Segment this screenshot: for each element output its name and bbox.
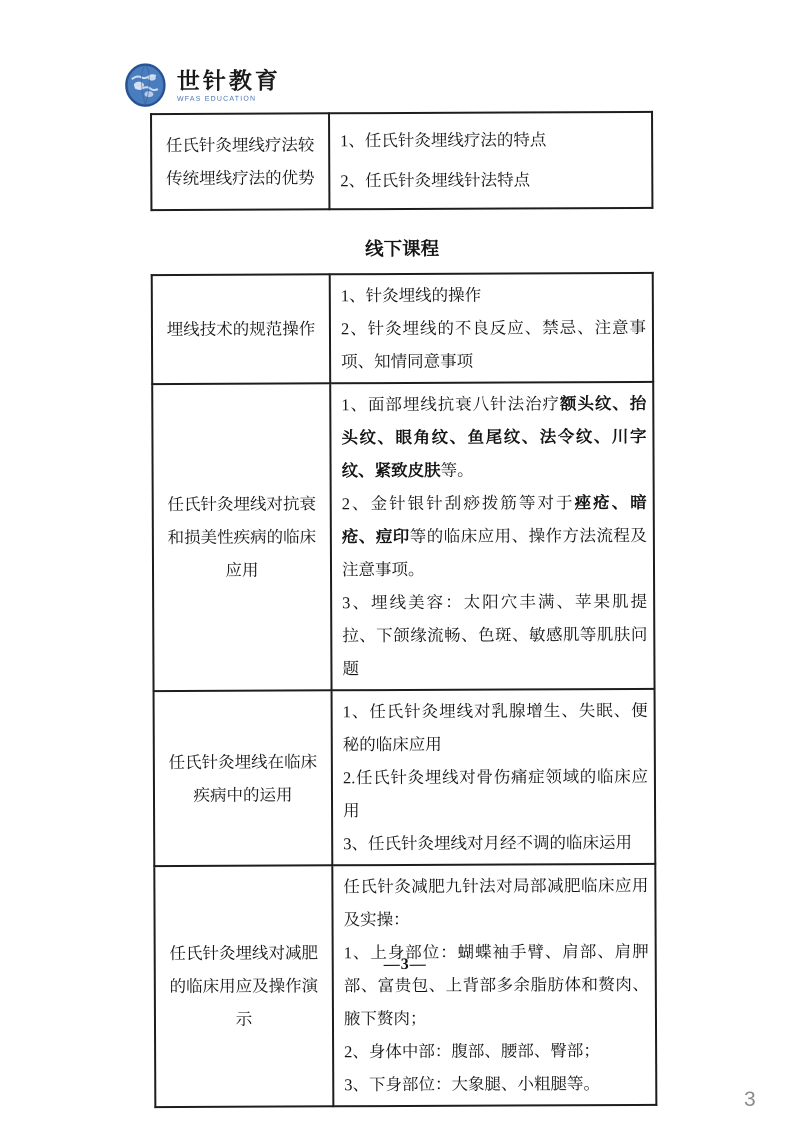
content-item: 2、身体中部：腹部、腰部、臀部； xyxy=(344,1034,649,1068)
text-run: 2、身体中部：腹部、腰部、臀部； xyxy=(344,1041,600,1061)
content-item: 3、任氏针灸埋线对月经不调的临床运用 xyxy=(343,826,648,860)
content-item: 2、针灸埋线的不良反应、禁忌、注意事项、知情同意事项 xyxy=(341,311,646,378)
advantages-table: 任氏针灸埋线疗法较传统埋线疗法的优势 1、任氏针灸埋线疗法的特点 2、任氏针灸埋… xyxy=(150,111,653,211)
content-cell: 1、任氏针灸埋线对乳腺增生、失眠、便秘的临床应用 2.任氏针灸埋线对骨伤痛症领域… xyxy=(332,689,656,865)
content-item: 2、金针银针刮痧拨筋等对于痤疮、暗疮、痘印等的临床应用、操作方法流程及注意事项。 xyxy=(342,486,647,586)
logo: 世针教育 WFAS EDUCATION xyxy=(125,63,281,108)
text-run: 1、面部埋线抗衰八针法治疗 xyxy=(341,394,560,414)
text-run: 3、下身部位：大象腿、小粗腿等。 xyxy=(344,1074,600,1094)
content-item: 2、任氏针灸埋线针法特点 xyxy=(340,160,645,201)
content-item: 3、埋线美容：太阳穴丰满、苹果肌提拉、下颌缘流畅、色斑、敏感肌等肌肤问题 xyxy=(342,585,647,685)
section-heading: 线下课程 xyxy=(151,234,654,262)
logo-text-cn: 世针教育 xyxy=(177,69,281,95)
document-page: 世针教育 WFAS EDUCATION 任氏针灸埋线疗法较传统埋线疗法的优势 1… xyxy=(0,0,800,1133)
text-run: 2、金针银针刮痧拨筋等对于 xyxy=(342,493,575,513)
content-item: 2.任氏针灸埋线对骨伤痛症领域的临床应用 xyxy=(343,760,648,827)
page-number: —3— xyxy=(154,955,657,975)
offline-course-table: 埋线技术的规范操作 1、针灸埋线的操作 2、针灸埋线的不良反应、禁忌、注意事项、… xyxy=(151,272,658,1108)
topic-cell: 任氏针灸埋线疗法较传统埋线疗法的优势 xyxy=(151,113,329,210)
content-cell: 1、面部埋线抗衰八针法治疗额头纹、抬头纹、眼角纹、鱼尾纹、法令纹、川字纹、紧致皮… xyxy=(330,382,654,690)
text-run: 2、针灸埋线的不良反应、禁忌、注意事项、知情同意事项 xyxy=(341,318,646,371)
logo-text-en: WFAS EDUCATION xyxy=(177,96,281,103)
table-row: 埋线技术的规范操作 1、针灸埋线的操作 2、针灸埋线的不良反应、禁忌、注意事项、… xyxy=(152,273,653,384)
table-row: 任氏针灸埋线对抗衰和损美性疾病的临床应用 1、面部埋线抗衰八针法治疗额头纹、抬头… xyxy=(152,382,654,691)
text-run: 1、任氏针灸埋线疗法的特点 xyxy=(340,130,546,150)
text-run: 3、任氏针灸埋线对月经不调的临床运用 xyxy=(343,833,632,853)
content-item: 1、面部埋线抗衰八针法治疗额头纹、抬头纹、眼角纹、鱼尾纹、法令纹、川字纹、紧致皮… xyxy=(341,387,646,487)
text-run: 2.任氏针灸埋线对骨伤痛症领域的临床应用 xyxy=(343,767,648,820)
content-cell: 1、针灸埋线的操作 2、针灸埋线的不良反应、禁忌、注意事项、知情同意事项 xyxy=(330,273,653,383)
text-run: 等。 xyxy=(441,461,474,480)
globe-icon xyxy=(125,63,166,107)
text-run: 2、任氏针灸埋线针法特点 xyxy=(340,170,530,190)
topic-cell: 任氏针灸埋线对减肥的临床用应及操作演示 xyxy=(154,865,333,1107)
table-row: 任氏针灸埋线对减肥的临床用应及操作演示 任氏针灸减肥九针法对局部减肥临床应用及实… xyxy=(154,864,656,1107)
topic-cell: 任氏针灸埋线对抗衰和损美性疾病的临床应用 xyxy=(152,383,331,691)
text-run: 任氏针灸减肥九针法对局部减肥临床应用及实操： xyxy=(343,876,648,929)
viewer-page-number: 3 xyxy=(744,1088,756,1112)
content-cell: 1、任氏针灸埋线疗法的特点 2、任氏针灸埋线针法特点 xyxy=(329,112,652,209)
content-item: 1、任氏针灸埋线对乳腺增生、失眠、便秘的临床应用 xyxy=(343,694,648,761)
topic-cell: 任氏针灸埋线在临床疾病中的运用 xyxy=(154,690,333,866)
text-run: 3、埋线美容：太阳穴丰满、苹果肌提拉、下颌缘流畅、色斑、敏感肌等肌肤问题 xyxy=(342,592,647,678)
table-row: 任氏针灸埋线疗法较传统埋线疗法的优势 1、任氏针灸埋线疗法的特点 2、任氏针灸埋… xyxy=(151,112,652,210)
content-item: 1、任氏针灸埋线疗法的特点 xyxy=(340,120,645,161)
content-item: 1、上身部位：蝴蝶袖手臂、肩部、肩胛部、富贵包、上背部多余脂肪体和赘肉、腋下赘肉… xyxy=(344,935,649,1035)
topic-cell: 埋线技术的规范操作 xyxy=(152,274,330,384)
content-item: 1、针灸埋线的操作 xyxy=(341,278,646,312)
table-row: 任氏针灸埋线在临床疾病中的运用 1、任氏针灸埋线对乳腺增生、失眠、便秘的临床应用… xyxy=(154,689,656,866)
content-item: 3、下身部位：大象腿、小粗腿等。 xyxy=(344,1067,649,1101)
content-item: 任氏针灸减肥九针法对局部减肥临床应用及实操： xyxy=(343,869,648,936)
text-run: 1、针灸埋线的操作 xyxy=(341,286,481,306)
content-cell: 任氏针灸减肥九针法对局部减肥临床应用及实操： 1、上身部位：蝴蝶袖手臂、肩部、肩… xyxy=(332,864,656,1106)
text-run: 1、任氏针灸埋线对乳腺增生、失眠、便秘的临床应用 xyxy=(343,701,648,754)
